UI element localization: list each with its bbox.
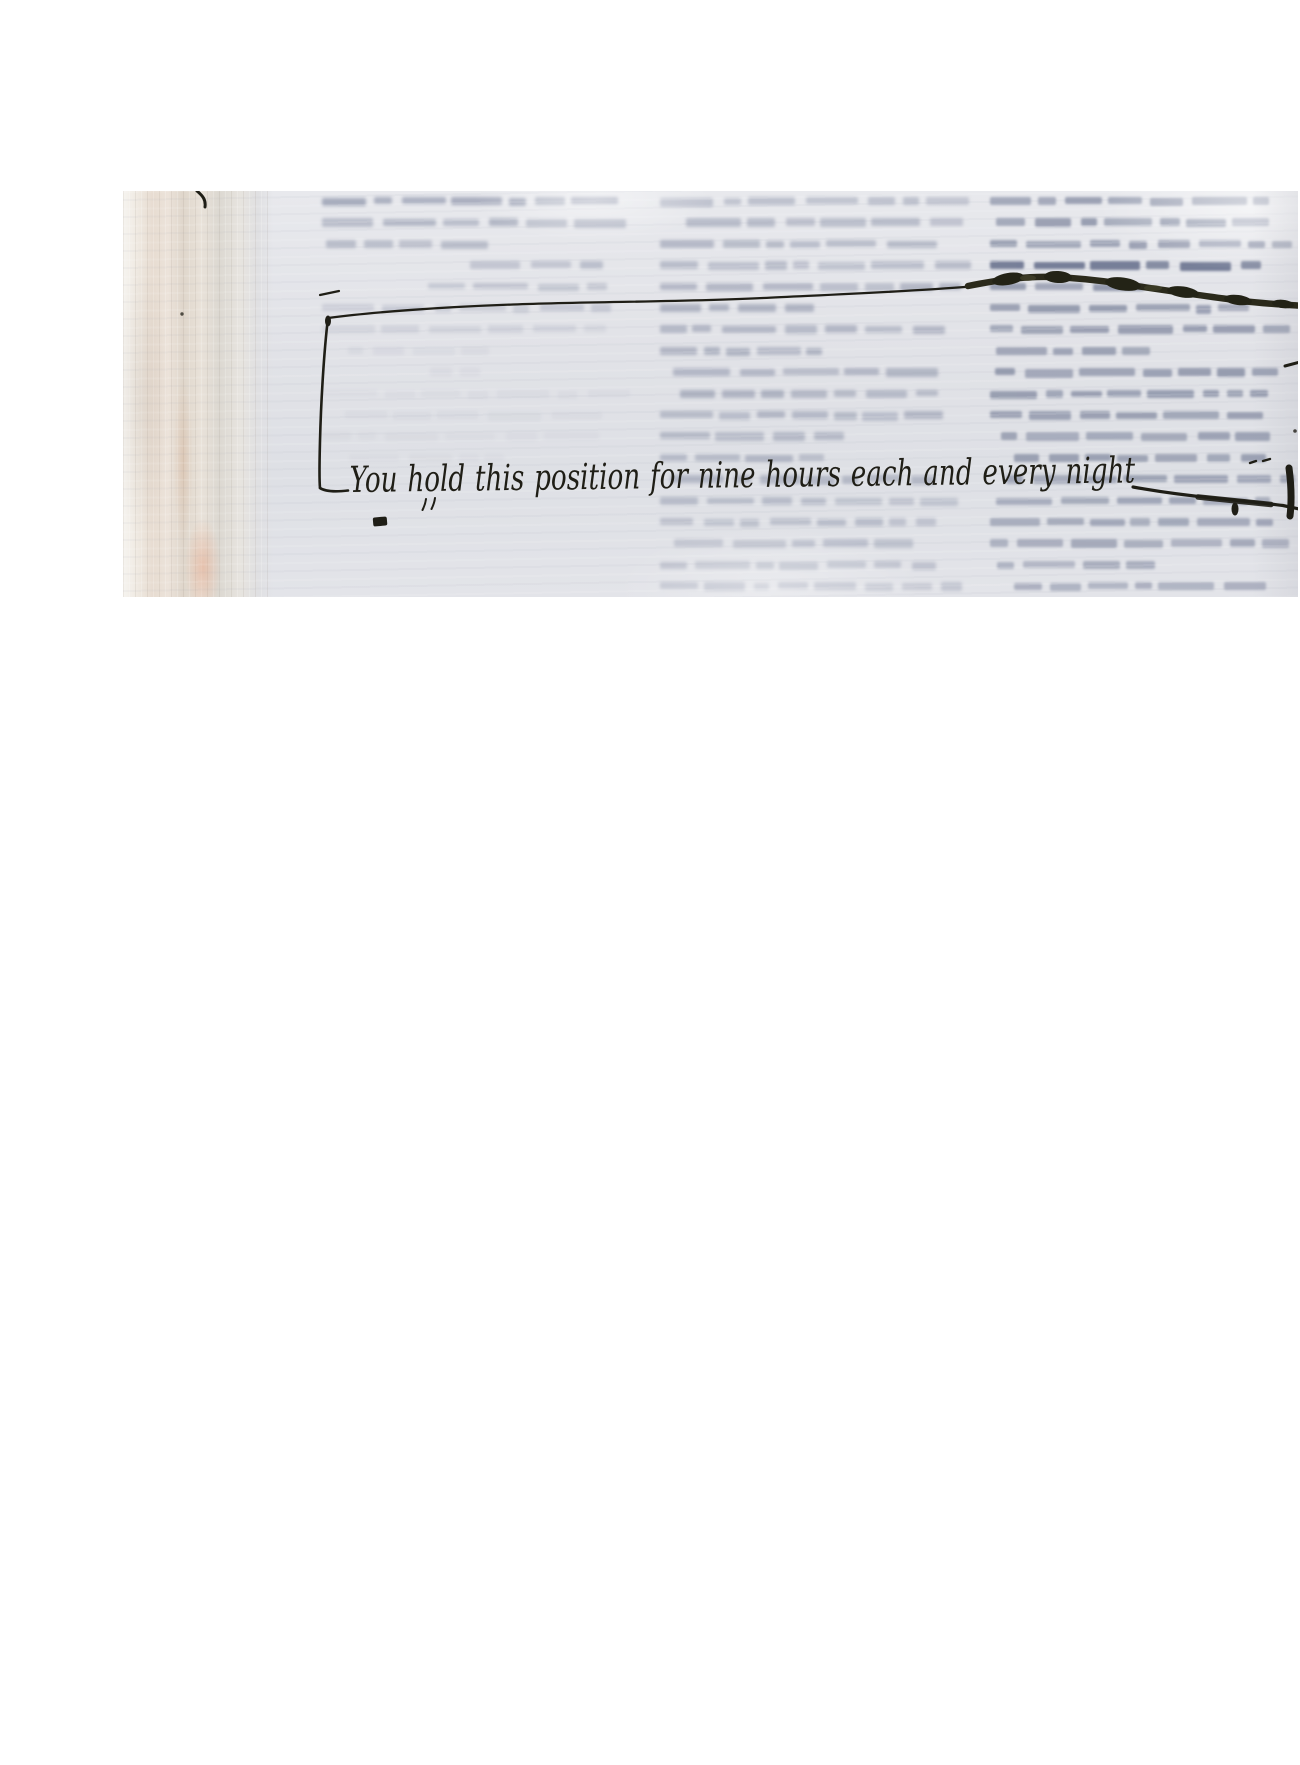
ink-blob-highlight bbox=[1144, 285, 1162, 291]
ink-blob-highlight bbox=[1020, 275, 1036, 281]
square-ink-dot bbox=[373, 516, 388, 526]
bracket-foot bbox=[320, 488, 348, 491]
ink-drip bbox=[1232, 503, 1239, 516]
ink-speck-right bbox=[1293, 429, 1297, 433]
book-page-photo: You hold this position for nine hours ea… bbox=[123, 191, 1298, 597]
tick-above-corner bbox=[320, 291, 339, 295]
ink-blob bbox=[1104, 275, 1141, 293]
ink-speck-left bbox=[180, 312, 183, 315]
bracket-vertical-line bbox=[319, 318, 328, 488]
stray-hair-mark bbox=[197, 191, 205, 207]
double-dash-marks bbox=[1250, 459, 1270, 463]
handwritten-annotation: You hold this position for nine hours ea… bbox=[350, 453, 1136, 499]
ink-blob bbox=[991, 270, 1025, 287]
right-edge-tick bbox=[1285, 362, 1298, 366]
screenshot-canvas: { "annotation": { "text": "You hold this… bbox=[0, 0, 1300, 1765]
ink-annotation-marks bbox=[123, 191, 1298, 597]
ink-blob bbox=[1044, 270, 1073, 283]
end-cross-stroke bbox=[1289, 468, 1291, 516]
top-line-thin bbox=[328, 287, 971, 319]
